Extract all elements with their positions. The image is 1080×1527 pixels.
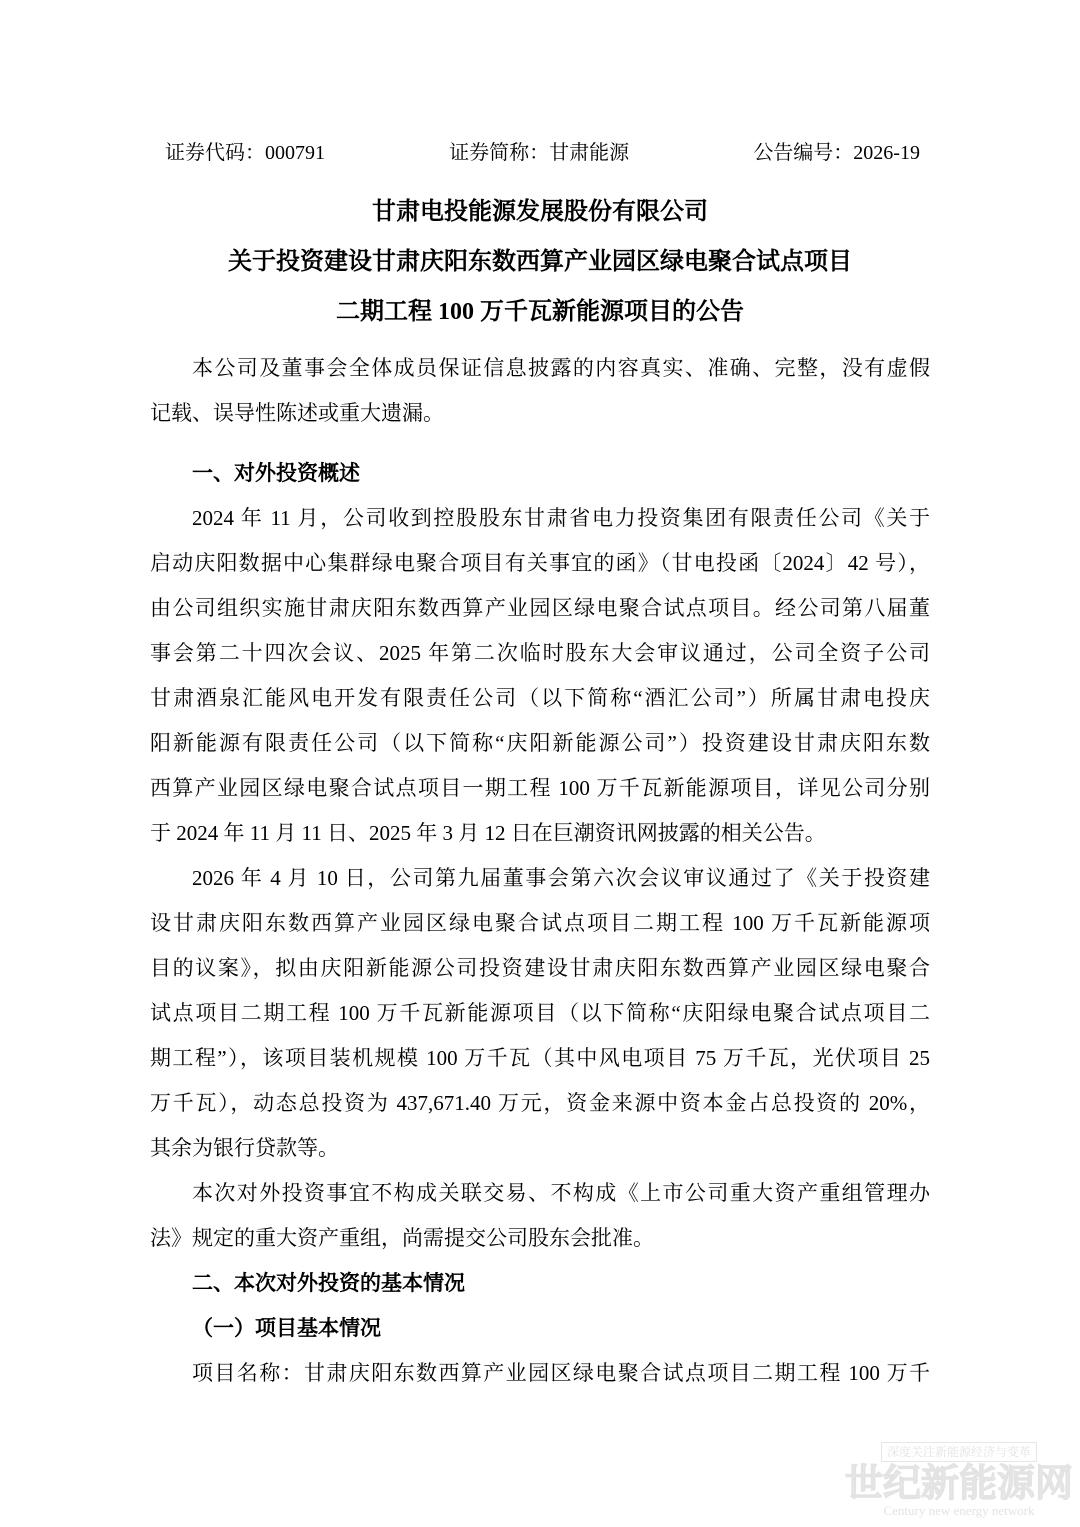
section-2-sub-1-heading: （一）项目基本情况: [150, 1306, 930, 1351]
body-line: 甘肃酒泉汇能风电开发有限责任公司（以下简称“酒汇公司”）所属甘肃电投庆: [150, 676, 930, 721]
body-line: 万千瓦），动态总投资为 437,671.40 万元，资金来源中资本金占总投资的 …: [150, 1081, 930, 1126]
body-line: 启动庆阳数据中心集群绿电聚合项目有关事宜的函》（甘电投函〔2024〕42 号），: [150, 541, 930, 586]
body-line: 由公司组织实施甘肃庆阳东数西算产业园区绿电聚合试点项目。经公司第八届董: [150, 586, 930, 631]
body-line: 期工程”），该项目装机规模 100 万千瓦（其中风电项目 75 万千瓦，光伏项目…: [150, 1036, 930, 1081]
document-header: 证券代码：000791 证券简称：甘肃能源 公告编号：2026-19: [150, 141, 930, 165]
body-line: 事会第二十四次会议、2025 年第二次临时股东大会审议通过，公司全资子公司: [150, 631, 930, 676]
body-line: 目的议案》，拟由庆阳新能源公司投资建设甘肃庆阳东数西算产业园区绿电聚合: [150, 946, 930, 991]
document-title: 甘肃电投能源发展股份有限公司 关于投资建设甘肃庆阳东数西算产业园区绿电聚合试点项…: [150, 187, 930, 337]
notice-line: 本公司及董事会全体成员保证信息披露的内容真实、准确、完整，没有虚假: [150, 346, 930, 391]
paragraph-no-related-transaction: 本次对外投资事宜不构成关联交易、不构成《上市公司重大资产重组管理办 法》规定的重…: [150, 1171, 930, 1261]
title-line-3: 二期工程 100 万千瓦新能源项目的公告: [150, 287, 930, 337]
stock-abbr: 证券简称：甘肃能源: [449, 141, 629, 165]
body-line: 试点项目二期工程 100 万千瓦新能源项目（以下简称“庆阳绿电聚合试点项目二: [150, 991, 930, 1036]
stock-code: 证券代码：000791: [165, 141, 325, 165]
company-name: 甘肃电投能源发展股份有限公司: [150, 187, 930, 237]
watermark-tagline: 深度关注新能源经济与变革: [881, 1442, 1037, 1462]
paragraph-project-name: 项目名称：甘肃庆阳东数西算产业园区绿电聚合试点项目二期工程 100 万千: [150, 1351, 930, 1396]
body-line: 2024 年 11 月，公司收到控股股东甘肃省电力投资集团有限责任公司《关于: [150, 496, 930, 541]
body-line: 阳新能源有限责任公司（以下简称“庆阳新能源公司”）投资建设甘肃庆阳东数: [150, 721, 930, 766]
body-line: 法》规定的重大资产重组，尚需提交公司股东会批准。: [150, 1216, 930, 1261]
body-line: 于 2024 年 11 月 11 日、2025 年 3 月 12 日在巨潮资讯网…: [150, 811, 930, 856]
announcement-page: 证券代码：000791 证券简称：甘肃能源 公告编号：2026-19 甘肃电投能…: [0, 0, 1080, 1527]
section-1-heading: 一、对外投资概述: [150, 451, 930, 496]
paragraph-investment-overview: 2024 年 11 月，公司收到控股股东甘肃省电力投资集团有限责任公司《关于 启…: [150, 496, 930, 856]
body-line: 其余为银行贷款等。: [150, 1126, 930, 1171]
announcement-number: 公告编号：2026-19: [753, 141, 920, 165]
notice-line: 记载、误导性陈述或重大遗漏。: [150, 391, 930, 436]
disclosure-notice: 本公司及董事会全体成员保证信息披露的内容真实、准确、完整，没有虚假 记载、误导性…: [150, 346, 930, 436]
body-line: 西算产业园区绿电聚合试点项目一期工程 100 万千瓦新能源项目，详见公司分别: [150, 766, 930, 811]
title-line-2: 关于投资建设甘肃庆阳东数西算产业园区绿电聚合试点项目: [150, 237, 930, 287]
body-line: 本次对外投资事宜不构成关联交易、不构成《上市公司重大资产重组管理办: [150, 1171, 930, 1216]
body-line: 项目名称：甘肃庆阳东数西算产业园区绿电聚合试点项目二期工程 100 万千: [150, 1351, 930, 1396]
body-line: 2026 年 4 月 10 日，公司第九届董事会第六次会议审议通过了《关于投资建: [150, 856, 930, 901]
watermark-brand-logo: 世纪新能源网: [840, 1461, 1078, 1507]
paragraph-board-approval: 2026 年 4 月 10 日，公司第九届董事会第六次会议审议通过了《关于投资建…: [150, 856, 930, 1171]
body-line: 设甘肃庆阳东数西算产业园区绿电聚合试点项目二期工程 100 万千瓦新能源项: [150, 901, 930, 946]
site-watermark: 深度关注新能源经济与变革 世纪新能源网 Century new energy n…: [840, 1442, 1078, 1519]
section-2-heading: 二、本次对外投资的基本情况: [150, 1261, 930, 1306]
